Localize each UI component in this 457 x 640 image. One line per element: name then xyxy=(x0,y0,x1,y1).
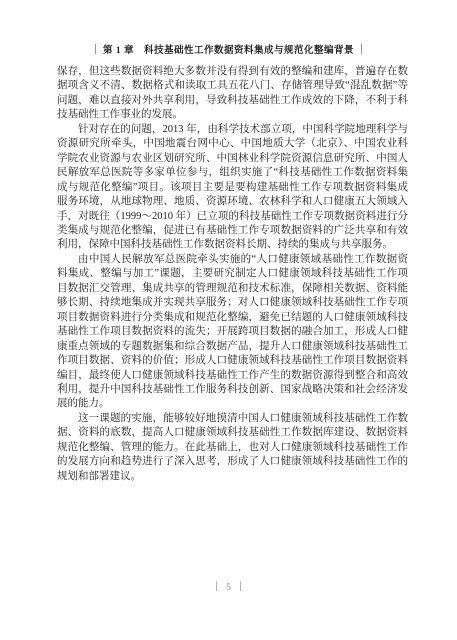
page-number: 5 xyxy=(226,583,231,593)
running-header: 第 1 章科技基础性工作数据资料集成与规范化整编背景 xyxy=(0,42,457,56)
page-footer: 5 xyxy=(0,581,457,593)
header-right-rule xyxy=(361,44,362,54)
paragraph: 针对存在的问题，2013 年，由科学技术部立项，中国科学院地理科学与资源研究所牵… xyxy=(57,123,408,253)
book-page: 第 1 章科技基础性工作数据资料集成与规范化整编背景 保存，但这些数据资料绝大多… xyxy=(0,0,457,640)
chapter-title: 科技基础性工作数据资料集成与规范化整编背景 xyxy=(144,46,354,56)
header-left-rule xyxy=(95,44,96,54)
footer-left-rule xyxy=(216,581,217,591)
paragraph: 这一课题的实施，能够较好地摸清中国人口健康领域科技基础性工作数据、资料的底数，提… xyxy=(57,412,408,484)
paragraph: 保存，但这些数据资料绝大多数并没有得到有效的整编和建库，普遍存在数据项含义不清、… xyxy=(57,65,408,123)
page-body: 保存，但这些数据资料绝大多数并没有得到有效的整编和建库，普遍存在数据项含义不清、… xyxy=(57,65,408,484)
footer-right-rule xyxy=(240,581,241,591)
paragraph: 由中国人民解放军总医院牵头实施的“人口健康领域基础性工作数据资料集成、整编与加工… xyxy=(57,253,408,412)
chapter-number: 第 1 章 xyxy=(103,46,134,56)
